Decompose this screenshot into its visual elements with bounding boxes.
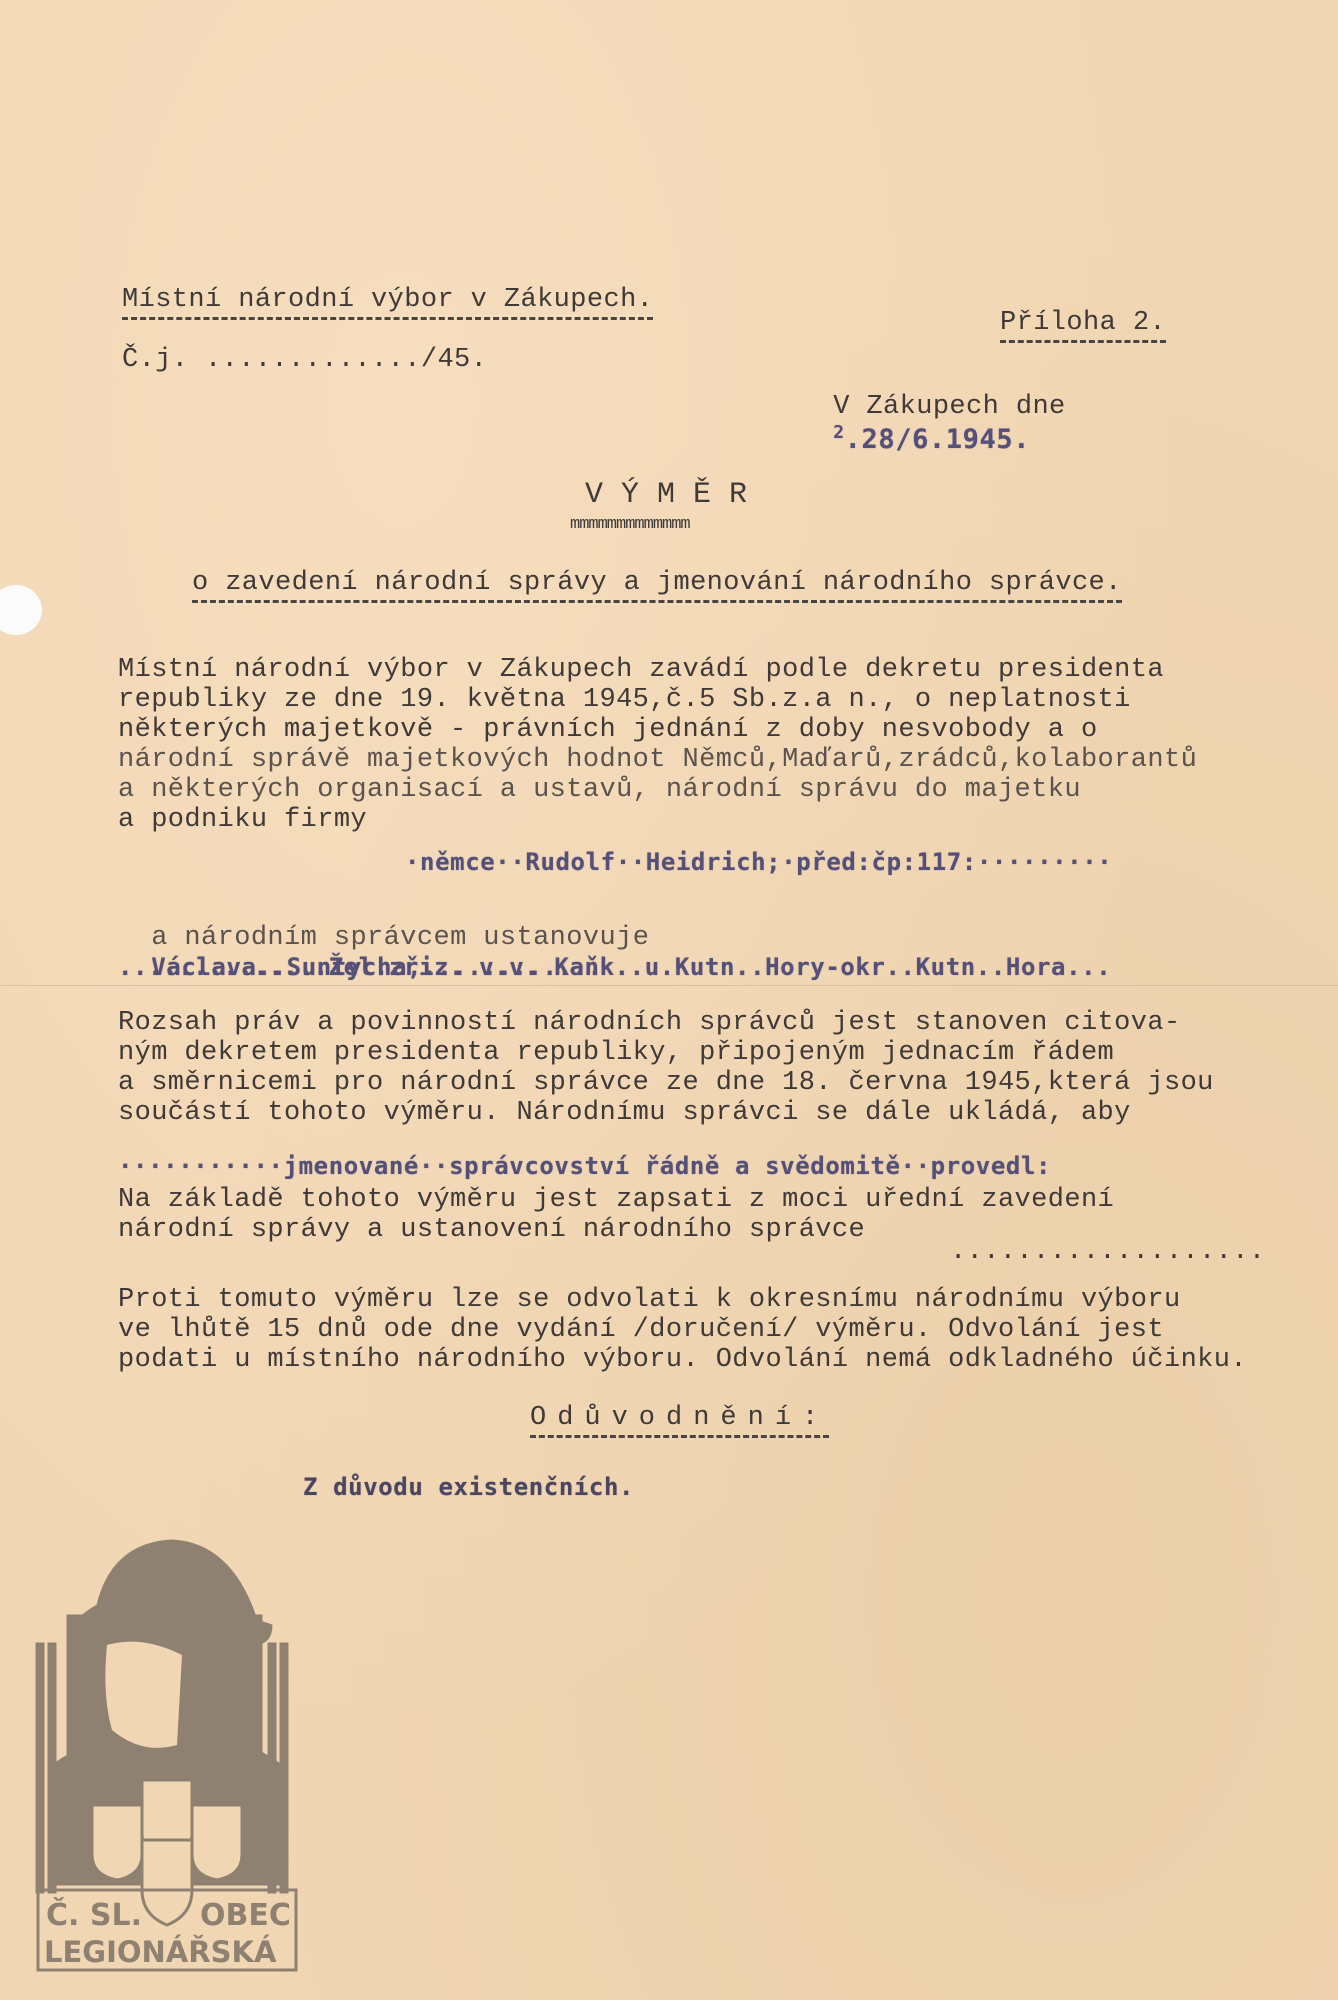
duty-field: ···········jmenované··správcovství řádně…: [118, 1152, 1051, 1180]
issuer-heading: Místní národní výbor v Zákupech.: [122, 285, 653, 320]
text-line: Proti tomuto výměru lze se odvolati k ok…: [118, 1285, 1181, 1315]
text-line: některých majetkově - právních jednání z…: [118, 715, 1098, 745]
justification-heading: Odůvodnění:: [530, 1403, 829, 1438]
punch-hole: [0, 585, 42, 635]
firm-name-field: ·němce··Rudolf··Heidrich;·před:čp:117:··…: [405, 848, 1112, 876]
attachment-label: Příloha 2.: [1000, 308, 1166, 343]
text-line: republiky ze dne 19. května 1945,č.5 Sb.…: [118, 685, 1131, 715]
dotted-fill: ...................: [950, 1237, 1265, 1267]
text-line: národní správě majetkových hodnot Němců,…: [118, 745, 1197, 775]
date-value: .28/6.1945.: [845, 424, 1030, 455]
reference-number: Č.j. ............./45.: [122, 345, 487, 375]
soldier-emblem-icon: Č. SL. OBEC LEGIONÁŘSKÁ: [32, 1535, 302, 1975]
appointment-prefix: a národním správcem ustanovuje: [151, 923, 649, 953]
fold-line: [0, 985, 1338, 986]
text-line: Na základě tohoto výměru jest zapsati z …: [118, 1185, 1114, 1215]
svg-text:LEGIONÁŘSKÁ: LEGIONÁŘSKÁ: [44, 1935, 277, 1969]
document-title: VÝMĚR: [585, 478, 765, 512]
document-subtitle: o zavedení národní správy a jmenování ná…: [192, 568, 1122, 603]
justification-text: Z důvodu existenčních.: [303, 1473, 634, 1501]
svg-text:Č. SL.: Č. SL.: [46, 1896, 142, 1933]
text-line: ve lhůtě 15 dnů ode dne vydání /doručení…: [118, 1315, 1164, 1345]
text-line: Místní národní výbor v Zákupech zavádí p…: [118, 655, 1164, 685]
administrator-address-field: ..............Žel.zřiz. v.v. Kaňk..u.Kut…: [118, 953, 1111, 981]
text-line: podati u místního národního výboru. Odvo…: [118, 1345, 1247, 1375]
date-superscript: 2: [833, 422, 844, 443]
svg-text:OBEC: OBEC: [200, 1898, 291, 1933]
place-date: V Zákupech dne 2.28/6.1945.: [800, 362, 1066, 457]
text-line: součástí tohoto výměru. Národnímu správc…: [118, 1098, 1131, 1128]
text-line: a směrnicemi pro národní správce ze dne …: [118, 1068, 1214, 1098]
text-line: a některých organisací a ustavů, národní…: [118, 775, 1081, 805]
text-line: ným dekretem presidenta republiky, připo…: [118, 1038, 1114, 1068]
legion-watermark-logo: Č. SL. OBEC LEGIONÁŘSKÁ: [32, 1535, 302, 1975]
text-line: národní správy a ustanovení národního sp…: [118, 1215, 865, 1245]
place-prefix: V Zákupech dne: [833, 392, 1065, 422]
title-underline: mmmmmmmmmmmmm: [570, 515, 690, 534]
text-line: a podniku firmy: [118, 805, 367, 835]
text-line: Rozsah práv a povinností národních správ…: [118, 1008, 1181, 1038]
